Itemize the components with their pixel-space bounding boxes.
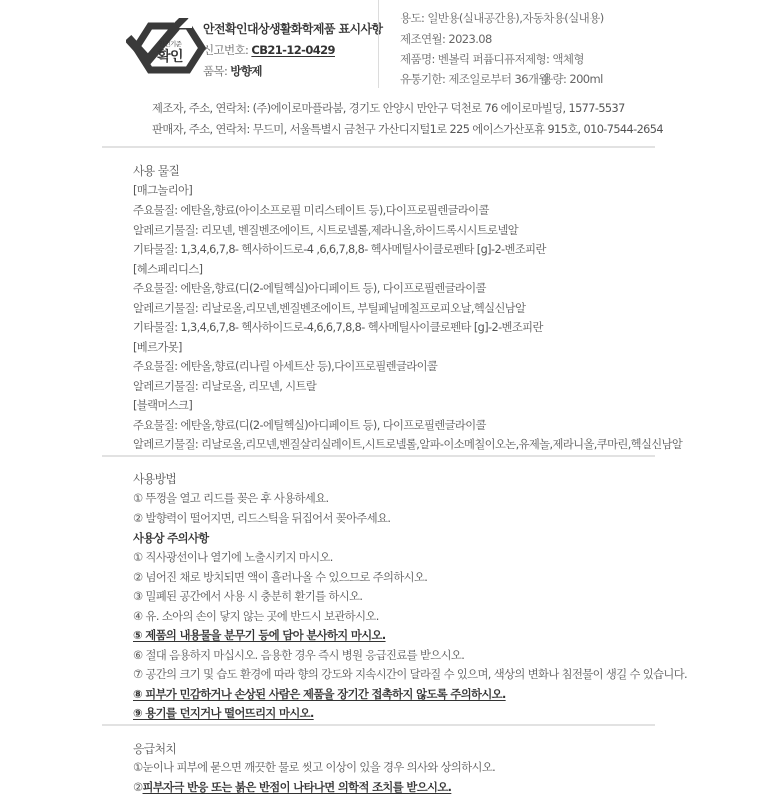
first-aid-item-emphasis: ②피부자극 반응 또는 붉은 반점이 나타나면 의학적 조치를 받으시오. bbox=[133, 779, 451, 795]
first-aid-item-number: ② bbox=[133, 781, 143, 794]
ingredient-line: 알레르기물질: 리날로올, 리모넨, 시트랄 bbox=[133, 378, 316, 394]
manufacture-date: 제조연월: 2023.08 bbox=[400, 31, 492, 47]
caution-item: ⑥ 절대 음용하지 마십시오. 음용한 경우 즉시 병원 응급진료를 받으시오. bbox=[133, 647, 464, 663]
ingredient-line: 기타물질: 1,3,4,6,7,8- 헥사하이드로-4,6,6,7,8,8- 헥… bbox=[133, 319, 543, 335]
caution-item: ① 직사광선이나 열기에 노출시키지 마시오. bbox=[133, 549, 333, 565]
product-form: 제형: 액체형 bbox=[525, 51, 584, 67]
ingredient-line: 기타물질: 1,3,4,6,7,8- 헥사하이드로-4 ,6,6,7,8,8- … bbox=[133, 241, 546, 257]
first-aid-item-text: 피부자극 반응 또는 붉은 반점이 나타나면 의학적 조치를 받으시오. bbox=[143, 781, 452, 794]
ingredient-line: [매그놀리아] bbox=[133, 182, 192, 198]
item-label: 품목: bbox=[203, 64, 230, 78]
ingredient-line: 주요물질: 에탄올,향료(리나릴 아세트산 등),다이프로필렌글라이콜 bbox=[133, 358, 437, 374]
first-aid-item: ①눈이나 피부에 묻으면 깨끗한 물로 씻고 이상이 있을 경우 의사와 상의하… bbox=[133, 759, 495, 775]
section-divider bbox=[102, 146, 655, 148]
ingredient-line: 알레르기물질: 리날로올,리모넨,벤질살리실레이트,시트로넬롤,알파-이소메칠이… bbox=[133, 436, 682, 452]
usage-purpose: 용도: 일반용(실내공간용),자동차용(실내용) bbox=[400, 10, 604, 26]
report-number-label: 신고번호: bbox=[203, 43, 251, 57]
badge-small-text: 안전기준 bbox=[159, 39, 183, 48]
ingredient-line: [베르가못] bbox=[133, 339, 182, 355]
usage-step: ① 뚜껑을 열고 리드를 꽂은 후 사용하세요. bbox=[133, 490, 328, 506]
report-number: 신고번호: CB21-12-0429 bbox=[203, 42, 335, 58]
section-divider bbox=[102, 455, 655, 457]
caution-item-emphasis: ⑤ 제품의 내용물을 분무기 등에 담아 분사하지 마시오. bbox=[133, 627, 386, 643]
seller-info: 판매자, 주소, 연락처: 무드미, 서울특별시 금천구 가산디지털1로 225… bbox=[152, 121, 663, 137]
caution-item-emphasis: ⑨ 용기를 던지거나 떨어뜨리지 마시오. bbox=[133, 705, 314, 721]
ingredient-line: 알레르기물질: 리모넨, 벤질벤조에이트, 시트로넬롤,제라니올,하이드록시시트… bbox=[133, 222, 518, 238]
product-name: 제품명: 벤볼릭 퍼퓸디퓨저 bbox=[400, 51, 525, 67]
usage-step: ② 발향력이 떨어지면, 리드스틱을 뒤집어서 꽂아주세요. bbox=[133, 510, 390, 526]
ingredient-line: 주요물질: 에탄올,향료(디(2-에틸헥실)아디페이트 등), 다이프로필렌글라… bbox=[133, 417, 486, 433]
capacity: 용량: 200ml bbox=[542, 71, 603, 87]
first-aid-title: 응급처치 bbox=[133, 740, 176, 757]
expiry-period: 유통기한: 제조일로부터 36개월 bbox=[400, 71, 549, 87]
ingredient-line: 주요물질: 에탄올,향료(디(2-에틸헥실)아디페이트 등), 다이프로필렌글라… bbox=[133, 280, 486, 296]
ingredient-line: [블랙머스크] bbox=[133, 397, 192, 413]
caution-item: ③ 밀폐된 공간에서 사용 시 충분히 환기를 하시오. bbox=[133, 588, 362, 604]
ingredients-title: 사용 물질 bbox=[133, 162, 179, 179]
item-type: 품목: 방향제 bbox=[203, 63, 262, 79]
usage-title: 사용방법 bbox=[133, 470, 176, 487]
item-value: 방향제 bbox=[230, 64, 262, 78]
cautions-title: 사용상 주의사항 bbox=[133, 530, 209, 546]
label-title: 안전확인대상생활화학제품 표시사항 bbox=[203, 20, 382, 37]
badge-large-text: 확인 bbox=[156, 48, 183, 65]
caution-item: ② 넘어진 채로 방치되면 액이 흘러나올 수 있으므로 주의하시오. bbox=[133, 569, 427, 585]
report-number-value: CB21-12-0429 bbox=[251, 43, 335, 57]
caution-item: ④ 유. 소아의 손이 닿지 않는 곳에 반드시 보관하시오. bbox=[133, 608, 379, 624]
caution-item-emphasis: ⑧ 피부가 민감하거나 손상된 사람은 제품을 장기간 접촉하지 않도록 주의하… bbox=[133, 686, 506, 702]
ingredient-line: 주요물질: 에탄올,향료(아이소프로필 미리스테이트 등),다이프로필렌글라이콜 bbox=[133, 202, 489, 218]
ingredient-line: [헤스페리디스] bbox=[133, 261, 203, 277]
section-divider bbox=[102, 724, 655, 726]
header-vertical-divider bbox=[378, 0, 379, 88]
ingredient-line: 알레르기물질: 리날로올,리모넨,벤질벤조에이트, 부틸페닐메칠프로피오날,헥실… bbox=[133, 300, 525, 316]
caution-item: ⑦ 공간의 크기 및 습도 환경에 따라 향의 강도와 지속시간이 달라질 수 … bbox=[133, 666, 687, 682]
manufacturer-info: 제조자, 주소, 연락처: (주)에이로마플라붐, 경기도 안양시 만안구 덕천… bbox=[152, 100, 625, 116]
